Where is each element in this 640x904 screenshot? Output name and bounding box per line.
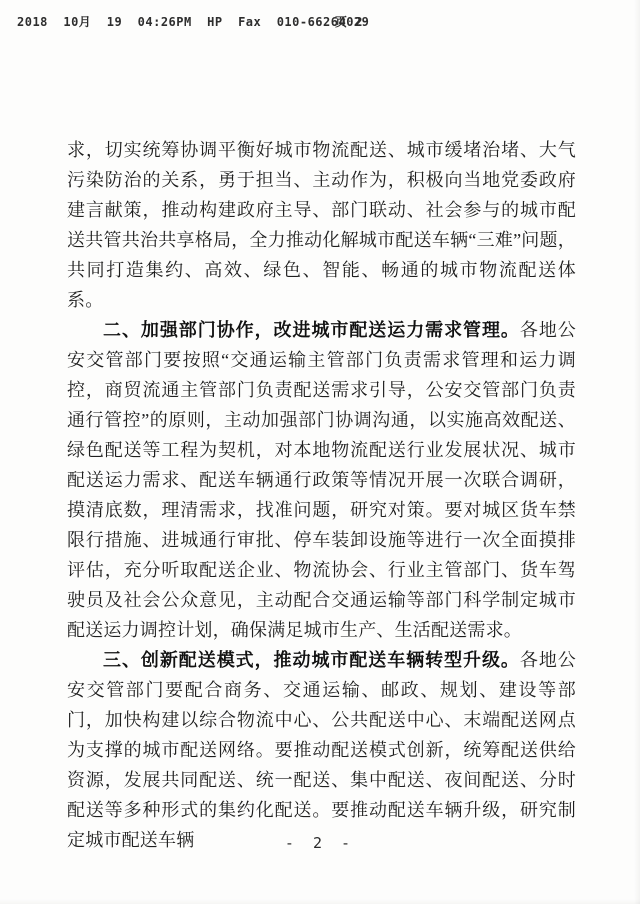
paragraph-3-text: 各地公安交管部门要配合商务、交通运输、邮政、规划、建设等部门，加快构建以综合物流… bbox=[67, 650, 576, 850]
paragraph-3-bold-lead: 三、创新配送模式，推动城市配送车辆转型升级。 bbox=[103, 650, 520, 670]
fax-header-page-label: 页 2 bbox=[335, 13, 363, 30]
paragraph-section-2: 二、加强部门协作，改进城市配送运力需求管理。各地公安交管部门要按照“交通运输主管… bbox=[67, 315, 576, 645]
paragraph-2-text: 各地公安交管部门要按照“交通运输主管部门负责需求管理和运力调控，商贸流通主管部门… bbox=[67, 320, 576, 640]
scan-edge-artifact-bottom bbox=[0, 899, 640, 904]
paragraph-1-text: 求，切实统筹协调平衡好城市物流配送、城市缓堵治堵、大气污染防治的关系，勇于担当、… bbox=[67, 140, 576, 310]
paragraph-continued: 求，切实统筹协调平衡好城市物流配送、城市缓堵治堵、大气污染防治的关系，勇于担当、… bbox=[67, 135, 576, 315]
page-number: - 2 - bbox=[0, 834, 640, 852]
fax-header: 2018 10月 19 04:26PM HP Fax 010-66264029 … bbox=[17, 13, 630, 31]
scan-edge-artifact-right bbox=[634, 0, 640, 904]
fax-header-timestamp: 2018 10月 19 04:26PM HP Fax 010-66264029 bbox=[17, 13, 369, 30]
paragraph-2-bold-lead: 二、加强部门协作，改进城市配送运力需求管理。 bbox=[103, 320, 520, 340]
document-body: 求，切实统筹协调平衡好城市物流配送、城市缓堵治堵、大气污染防治的关系，勇于担当、… bbox=[67, 135, 576, 855]
paragraph-section-3: 三、创新配送模式，推动城市配送车辆转型升级。各地公安交管部门要配合商务、交通运输… bbox=[67, 645, 576, 855]
scanned-fax-page: 2018 10月 19 04:26PM HP Fax 010-66264029 … bbox=[0, 0, 640, 904]
